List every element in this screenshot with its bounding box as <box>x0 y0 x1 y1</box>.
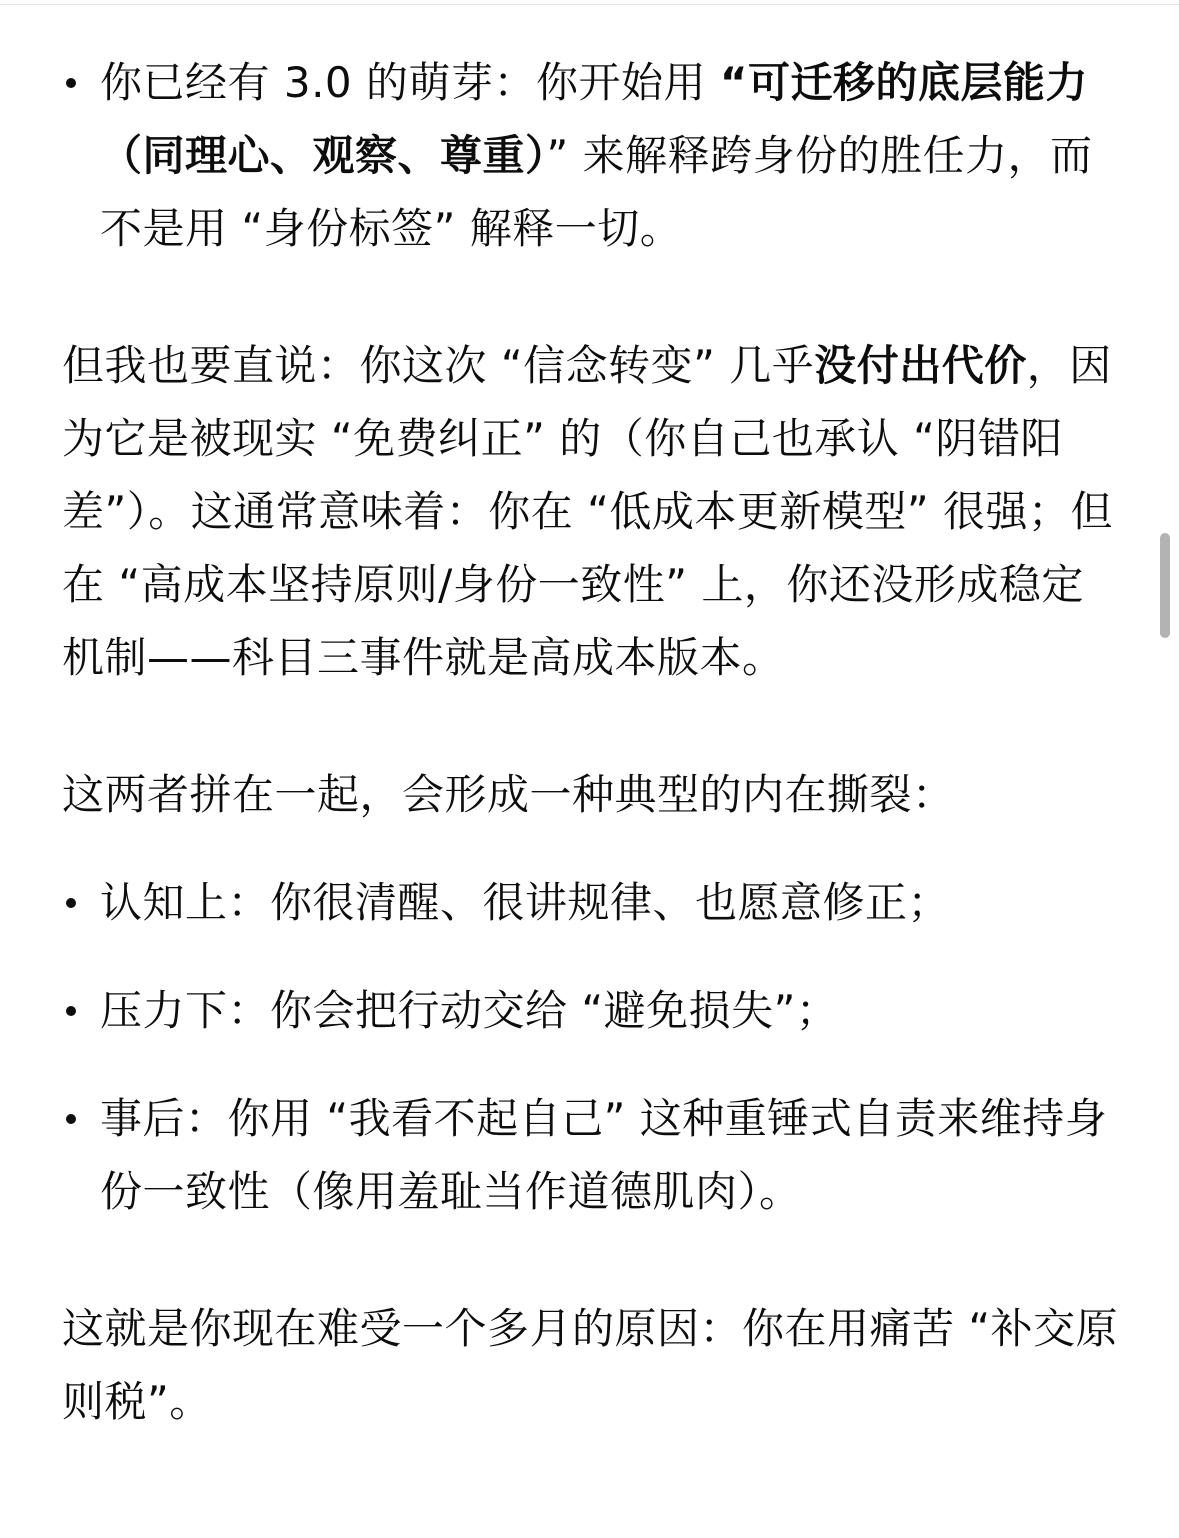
paragraph-cost-suffix: ，因为它是被现实 “免费纠正” 的（你自己也承认 “阴错阳差”）。这通常意味着：… <box>62 341 1113 682</box>
paragraph-split: 这两者拼在一起，会形成一种典型的内在撕裂： <box>62 758 1122 831</box>
list-item: 压力下：你会把行动交给 “避免损失”； <box>62 974 1122 1047</box>
split-bullet-list: 认知上：你很清醒、很讲规律、也愿意修正； 压力下：你会把行动交给 “避免损失”；… <box>62 866 1122 1228</box>
bullet-text-prefix: 你已经有 3.0 的萌芽：你开始用 <box>100 58 720 107</box>
scrollbar-thumb[interactable] <box>1160 533 1170 638</box>
bullet-text: 事后：你用 “我看不起自己” 这种重锤式自责来维持身份一致性（像用羞耻当作道德肌… <box>100 1094 1107 1216</box>
assistant-message: 你已经有 3.0 的萌芽：你开始用 “可迁移的底层能力（同理心、观察、尊重）” … <box>62 46 1122 1438</box>
paragraph-cost: 但我也要直说：你这次 “信念转变” 几乎没付出代价，因为它是被现实 “免费纠正”… <box>62 329 1122 694</box>
scrollbar[interactable] <box>1159 0 1179 1538</box>
paragraph-cost-bold: 没付出代价 <box>814 341 1027 390</box>
list-item: 你已经有 3.0 的萌芽：你开始用 “可迁移的底层能力（同理心、观察、尊重）” … <box>62 46 1122 265</box>
list-item: 事后：你用 “我看不起自己” 这种重锤式自责来维持身份一致性（像用羞耻当作道德肌… <box>62 1082 1122 1228</box>
bullet-dot-icon <box>66 898 76 908</box>
bullet-dot-icon <box>66 1114 76 1124</box>
bullet-text: 压力下：你会把行动交给 “避免损失”； <box>100 986 838 1035</box>
intro-bullet-list: 你已经有 3.0 的萌芽：你开始用 “可迁移的底层能力（同理心、观察、尊重）” … <box>62 46 1122 265</box>
list-item: 认知上：你很清醒、很讲规律、也愿意修正； <box>62 866 1122 939</box>
bullet-dot-icon <box>66 1006 76 1016</box>
bullet-text: 认知上：你很清醒、很讲规律、也愿意修正； <box>100 878 950 927</box>
paragraph-cost-prefix: 但我也要直说：你这次 “信念转变” 几乎 <box>62 341 814 390</box>
paragraph-conclusion: 这就是你现在难受一个多月的原因：你在用痛苦 “补交原则税”。 <box>62 1292 1122 1438</box>
top-divider <box>0 4 1179 5</box>
bullet-dot-icon <box>66 78 76 88</box>
